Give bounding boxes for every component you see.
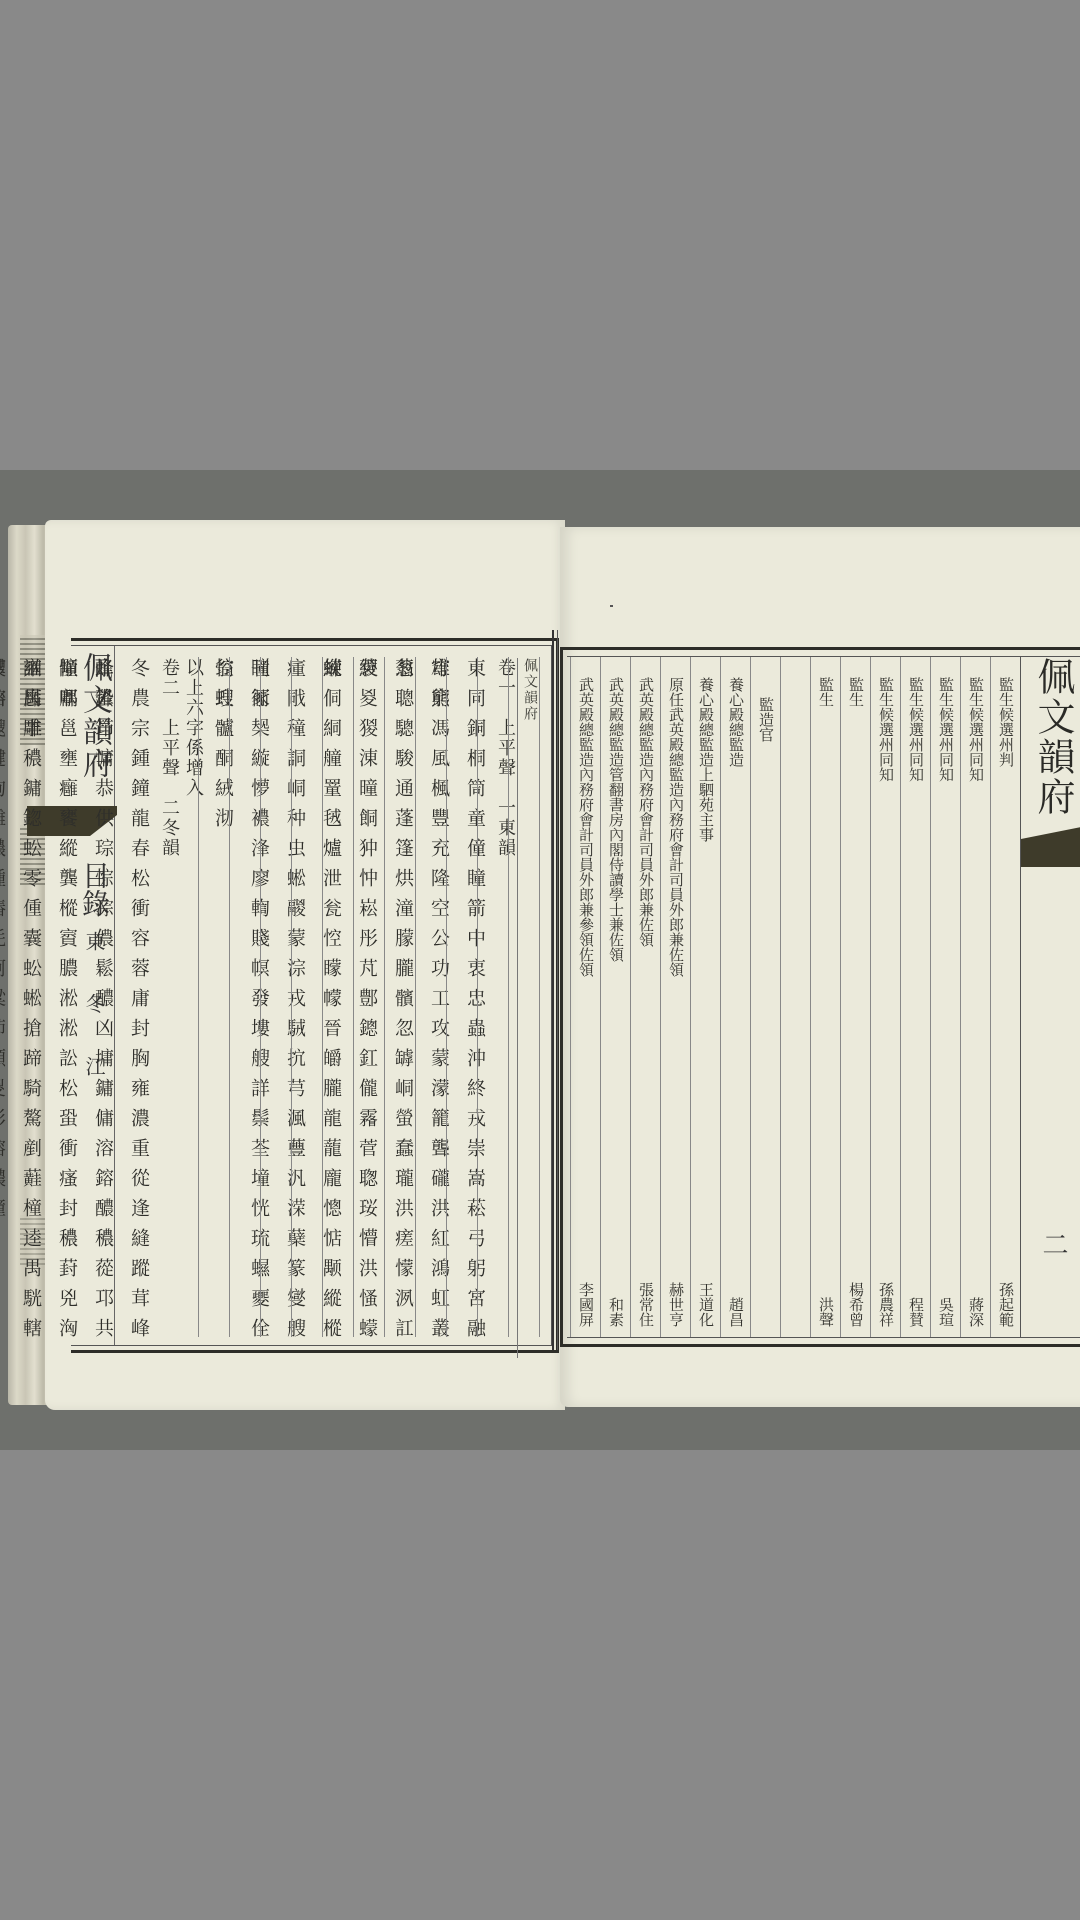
official-title: 監生候選州同知	[935, 677, 957, 782]
blank-column	[415, 657, 446, 1337]
official-name: 張常住	[635, 1282, 657, 1327]
official-title: 養心殿總監造	[725, 677, 747, 767]
official-title: 監生候選州同知	[905, 677, 927, 782]
character-column: 烽蛩笻慵恭供琮悰淙儂鬆醲凶墉鏞傭溶鎔醲穠蓯邛共憧鄘	[85, 658, 121, 1358]
blank-column	[384, 657, 415, 1337]
official-name: 王道化	[695, 1282, 717, 1327]
official-column: 監生候選州同知 孫農祥	[870, 657, 900, 1337]
official-column: 原任武英殿總監造內務府會計司員外郎兼佐領 赫世亨	[660, 657, 690, 1337]
official-title: 原任武英殿總監造內務府會計司員外郎兼佐領	[665, 677, 687, 977]
section-header: 監造官	[755, 697, 777, 742]
character-column: 冬農宗鍾鐘龍春松衝容蓉庸封胸雍濃重從逢縫蹤茸峰蜂鋒	[121, 658, 157, 1358]
blank-column	[508, 657, 539, 1337]
official-title: 養心殿總監造上駟苑主事	[695, 677, 717, 842]
page-number: 二	[1035, 1231, 1072, 1257]
fish-tail-mark-icon	[1021, 827, 1080, 867]
right-page: 佩文韻府 二 監生候選州判 孫起範 監生候選州同知 蔣深 監生候選州同知 吳瑄	[560, 527, 1080, 1407]
book-title: 佩文韻府	[1031, 657, 1075, 817]
official-title: 武英殿總監造內務府會計司員外郎兼參領佐領	[575, 677, 597, 977]
official-name: 和素	[605, 1297, 627, 1327]
blank-column	[198, 657, 229, 1337]
right-page-frame: 佩文韻府 二 監生候選州判 孫起範 監生候選州同知 蔣深 監生候選州同知 吳瑄	[560, 647, 1080, 1347]
official-name: 吳瑄	[935, 1297, 957, 1327]
official-column: 監生候選州同知 蔣深	[960, 657, 990, 1337]
official-column: 養心殿總監造 趙昌	[720, 657, 750, 1337]
character-column: 雍廱丰穠鏞鍃蚣零偅囊蚣蜙搶蹄騎驁剷蘳橦逵禺駫轄艘榕	[13, 658, 49, 1358]
official-name: 蔣深	[965, 1297, 987, 1327]
open-book: 佩文韻府 目錄 東 冬 江 佩文韻府 卷一 上平聲 一東韻 東同銅桐筒童僮瞳箭中…	[0, 515, 1080, 1415]
official-name: 李國屏	[575, 1282, 597, 1327]
section-header-column: 監造官	[750, 657, 780, 1337]
character-column: 犎碚颼踺恂灉穠蝩樁毦舸粱茚顗㚇彤褣膿橦	[0, 658, 13, 1358]
official-name: 赫世亨	[665, 1282, 687, 1327]
official-column: 監生 楊希曾	[840, 657, 870, 1337]
official-name: 洪聲	[815, 1297, 837, 1327]
blank-column	[780, 657, 810, 1337]
official-title: 武英殿總監造管翻書房內閣侍讀學士兼佐領	[605, 677, 627, 962]
official-column: 監生候選州同知 程賛	[900, 657, 930, 1337]
blank-column	[539, 657, 570, 1337]
blank-column	[229, 657, 260, 1337]
official-title: 監生候選州同知	[965, 677, 987, 782]
paper-speck	[610, 605, 613, 607]
blank-column	[260, 657, 291, 1337]
official-column: 養心殿總監造上駟苑主事 王道化	[690, 657, 720, 1337]
right-title-column: 佩文韻府 二	[1020, 657, 1080, 1337]
blank-column	[446, 657, 477, 1337]
official-name: 孫起範	[995, 1282, 1017, 1327]
official-title: 監生	[815, 677, 837, 707]
official-column: 監生候選州同知 吳瑄	[930, 657, 960, 1337]
official-column: 武英殿總監造內務府會計司員外郎兼參領佐領 李國屏	[570, 657, 600, 1337]
official-name: 趙昌	[725, 1297, 747, 1327]
blank-column	[291, 657, 322, 1337]
official-name: 程賛	[905, 1297, 927, 1327]
official-column: 武英殿總監造內務府會計司員外郎兼佐領 張常住	[630, 657, 660, 1337]
official-name: 孫農祥	[875, 1282, 897, 1327]
official-title: 監生候選州判	[995, 677, 1017, 767]
official-column: 監生候選州判 孫起範	[990, 657, 1020, 1337]
character-column: 顒喁邕壅癰饔縱龔樅賨膿淞淞訟松蛩衝瘙封穠葑兇洶訩禺雕	[49, 658, 85, 1358]
blank-column	[477, 657, 508, 1337]
official-title: 武英殿總監造內務府會計司員外郎兼佐領	[635, 677, 657, 947]
blank-column	[322, 657, 353, 1337]
official-column: 武英殿總監造管翻書房內閣侍讀學士兼佐領 和素	[600, 657, 630, 1337]
volume-heading: 卷二 上平聲 二冬韻	[157, 658, 181, 1358]
official-column: 監生 洪聲	[810, 657, 840, 1337]
official-name: 楊希曾	[845, 1282, 867, 1327]
official-title: 監生候選州同知	[875, 677, 897, 782]
blank-column	[353, 657, 384, 1337]
official-list-grid: 佩文韻府 二 監生候選州判 孫起範 監生候選州同知 蔣深 監生候選州同知 吳瑄	[567, 656, 1080, 1338]
official-title: 監生	[845, 677, 867, 707]
